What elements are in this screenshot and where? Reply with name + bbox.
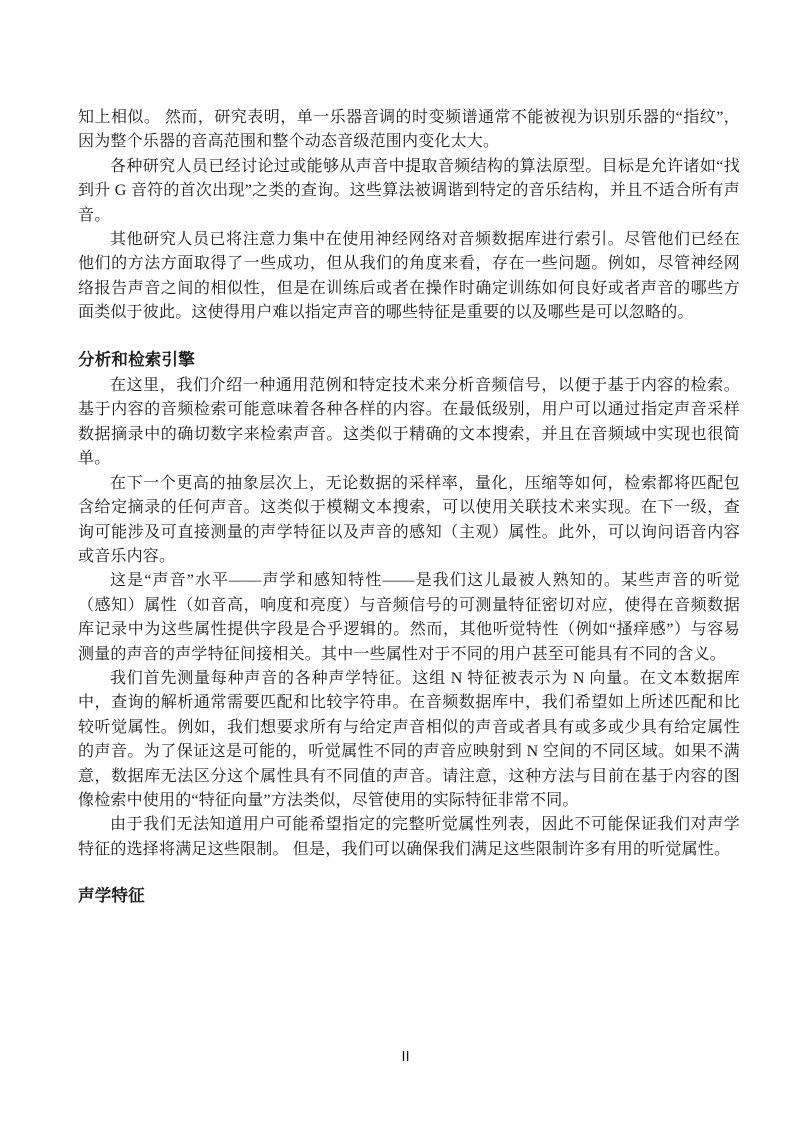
paragraph-continuation: 知上相似。 然而，研究表明，单一乐器音调的时变频谱通常不能被视为识别乐器的“指纹… [78, 106, 740, 155]
paragraph: 各种研究人员已经讨论过或能够从声音中提取音频结构的算法原型。目标是允许诸如“找到… [78, 155, 740, 228]
section-heading-acoustic-features: 声学特征 [78, 884, 740, 908]
paragraph: 其他研究人员已将注意力集中在使用神经网络对音频数据库进行索引。尽管他们已经在他们… [78, 228, 740, 326]
page-number: II [0, 1048, 811, 1065]
document-page: 知上相似。 然而，研究表明，单一乐器音调的时变频谱通常不能被视为识别乐器的“指纹… [0, 0, 811, 1146]
section-heading-analysis-retrieval-engine: 分析和检索引擎 [78, 348, 740, 372]
paragraph: 我们首先测量每种声音的各种声学特征。这组 N 特征被表示为 N 向量。在文本数据… [78, 667, 740, 813]
paragraph: 在下一个更高的抽象层次上，无论数据的采样率，量化，压缩等如何，检索都将匹配包含给… [78, 472, 740, 570]
paragraph: 由于我们无法知道用户可能希望指定的完整听觉属性列表，因此不可能保证我们对声学特征… [78, 813, 740, 862]
document-content: 知上相似。 然而，研究表明，单一乐器音调的时变频谱通常不能被视为识别乐器的“指纹… [78, 106, 740, 911]
paragraph: 在这里，我们介绍一种通用范例和特定技术来分析音频信号，以便于基于内容的检索。基于… [78, 374, 740, 472]
paragraph: 这是“声音”水平——声学和感知特性——是我们这儿最被人熟知的。某些声音的听觉（感… [78, 569, 740, 667]
